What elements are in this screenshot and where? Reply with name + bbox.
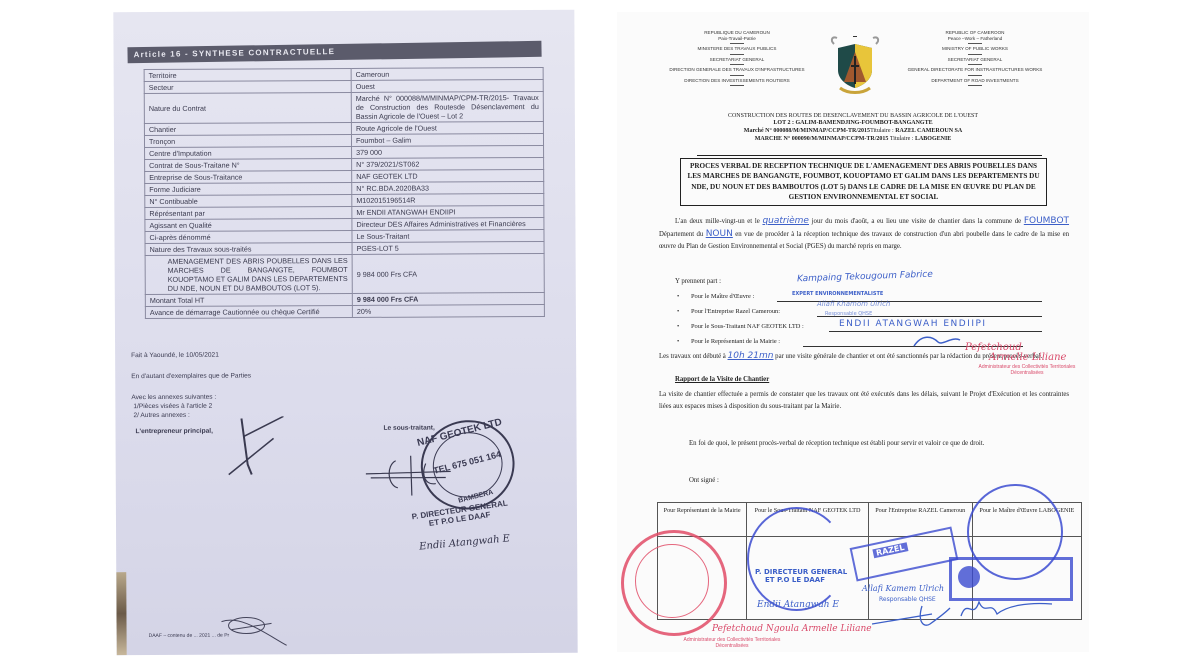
right-document-page: REPUBLIQUE DU CAMEROUN Paix-Travail-Patr… bbox=[617, 12, 1089, 652]
red-stamp-title: Administrateur des Collectivités Territo… bbox=[967, 364, 1087, 376]
participant-moe: •Pour le Maître d'Œuvre : bbox=[677, 293, 754, 301]
handwritten-name: Endii Atangwah E bbox=[419, 533, 511, 552]
row-label: Forme Judiciare bbox=[145, 182, 352, 195]
place-date: Fait à Yaoundé, le 10/05/2021 bbox=[131, 351, 219, 361]
row-label: Contrat de Sous-Traitane N° bbox=[145, 158, 352, 171]
row-value: M102015196514R bbox=[352, 193, 544, 206]
row-label: Nature des Travaux sous-traités bbox=[145, 242, 352, 255]
row-label: N° Contibuable bbox=[145, 194, 352, 207]
participant-mairie: •Pour le Représentant de la Mairie : bbox=[677, 338, 780, 346]
row-label: Territoire bbox=[144, 68, 351, 81]
row-value: Foumbot – Galim bbox=[351, 133, 543, 146]
row-value: 9 984 000 Frs CFA bbox=[352, 253, 544, 293]
left-document-page: Article 16 - SYNTHESE CONTRACTUELLE Terr… bbox=[113, 10, 577, 655]
mairie-signatory-title: Administrateur des Collectivités Territo… bbox=[672, 637, 792, 649]
row-value: 20% bbox=[352, 304, 544, 317]
coat-of-arms-icon bbox=[828, 34, 882, 96]
row-value: 379 000 bbox=[352, 145, 544, 158]
synthese-table: TerritoireCamerounSecteurOuestNature du … bbox=[144, 67, 545, 319]
header-english: REPUBLIC OF CAMEROON Peace –Work – Fathe… bbox=[900, 30, 1050, 88]
lot-title: LOT 2 : GALIM-BAMENDJING-FOUMBOT-BANGANG… bbox=[617, 120, 1089, 128]
section-header: Article 16 - SYNTHESE CONTRACTUELLE bbox=[127, 41, 541, 64]
intro-paragraph: L'an deux mille-vingt-un et le quatrième… bbox=[659, 215, 1069, 254]
row-value: Directeur DES Affaires Administratives e… bbox=[352, 217, 544, 230]
principal-signature bbox=[223, 416, 293, 476]
report-paragraph: La visite de chantier effectuée a permis… bbox=[659, 389, 1069, 413]
row-value: N° 379/2021/ST062 bbox=[352, 157, 544, 170]
background-photo-edge bbox=[116, 572, 126, 655]
table-row: Avance de démarrage Cautionnée ou chèque… bbox=[145, 304, 544, 318]
row-value: PGES-LOT 5 bbox=[352, 241, 544, 254]
marche-1: Marché N° 000088/M/MINMAP/CCPM-TR/2015Ti… bbox=[617, 128, 1089, 136]
row-label: Centre d'Imputation bbox=[145, 146, 352, 159]
annex-2: 2/ Autres annexes : bbox=[133, 411, 190, 421]
razel-role: Responsable QHSE bbox=[879, 596, 936, 603]
row-label: Agissant en Qualité bbox=[145, 218, 352, 231]
row-label: Ci-après dénommé bbox=[145, 230, 352, 243]
naf-blue-stamp bbox=[747, 507, 846, 611]
closing-paragraph: En foi de quoi, le présent procès-verbal… bbox=[659, 438, 1069, 450]
row-value: Cameroun bbox=[351, 67, 543, 80]
mairie-signature bbox=[912, 332, 962, 350]
report-title: Rapport de la Visite de Chantier bbox=[675, 374, 875, 386]
row-value: Mr ENDII ATANGWAH ENDIIPI bbox=[352, 205, 544, 218]
table-row: Nature du ContratMarché N° 000088/M/MINM… bbox=[144, 91, 543, 123]
mairie-red-stamp-inner bbox=[635, 544, 709, 618]
table-row: AMENAGEMENT DES ABRIS POUBELLES DANS LES… bbox=[145, 253, 544, 294]
row-value: Le Sous-Traitant bbox=[352, 229, 544, 242]
copies-note: En d'autant d'exemplaires que de Parties bbox=[131, 371, 251, 382]
labogenie-signature bbox=[957, 592, 1057, 622]
stamp-expert: EXPERT ENVIRONNEMENTALISTE bbox=[792, 291, 883, 297]
row-value: NAF GEOTEK LTD bbox=[352, 169, 544, 182]
row-value: N° RC.BDA.2020BA33 bbox=[352, 181, 544, 194]
razel-handwritten: Allafi Kamem Ulrich bbox=[862, 584, 944, 593]
row-value: Route Agricole de l'Ouest bbox=[351, 121, 543, 134]
signed-label: Ont signé : bbox=[689, 475, 789, 487]
pv-title-box: PROCES VERBAL DE RECEPTION TECHNIQUE DE … bbox=[680, 158, 1047, 206]
row-label: Nature du Contrat bbox=[144, 92, 351, 123]
stamp-qhse: Responsable QHSE bbox=[825, 311, 872, 317]
row-label: Secteur bbox=[144, 80, 351, 93]
naf-director-stamp: P. DIRECTEUR GENERAL ET P.O LE DAAF bbox=[755, 568, 847, 584]
mairie-signatory-name: Pefetchoud Ngoula Armelle Liliane bbox=[712, 624, 872, 634]
sig-col-razel: Pour l'Entreprise RAZEL Cameroun bbox=[868, 503, 972, 537]
footer-signature bbox=[211, 609, 291, 649]
participant-naf: •Pour le Sous-Traitant NAF GEOTEK LTD : bbox=[677, 323, 804, 331]
row-label: Montant Total HT bbox=[145, 293, 352, 306]
row-label: AMENAGEMENT DES ABRIS POUBELLES DANS LES… bbox=[145, 254, 352, 294]
row-label: Chantier bbox=[144, 122, 351, 135]
row-label: Réprésentant par bbox=[145, 206, 352, 219]
signatory-principal: L'entrepreneur principal, bbox=[135, 427, 212, 437]
row-label: Avance de démarrage Cautionnée ou chèque… bbox=[145, 305, 352, 318]
row-label: Tronçon bbox=[144, 134, 351, 147]
razel-signature bbox=[872, 604, 952, 629]
participant-razel: •Pour l'Entreprise Razel Cameroun: bbox=[677, 308, 780, 316]
signatory-subcontractor: Le sous-traitant, bbox=[383, 424, 434, 434]
red-signature-name: Armelle Liliane bbox=[989, 352, 1066, 363]
divider bbox=[697, 155, 1042, 156]
row-value: Ouest bbox=[351, 79, 543, 92]
marche-2: MARCHE N° 000090/M/MINMAP/CCPM-TR/2015 T… bbox=[617, 136, 1089, 144]
naf-handwritten: Endii Atangwah E bbox=[757, 600, 839, 610]
handwritten-naf: ENDII ATANGWAH ENDIIPI bbox=[839, 319, 987, 329]
row-value: 9 984 000 Frs CFA bbox=[352, 292, 544, 305]
row-label: Entreprise de Sous-Traitance bbox=[145, 170, 352, 183]
handwritten-razel: Allafi Khamom Ulrich bbox=[817, 300, 890, 308]
header-french: REPUBLIQUE DU CAMEROUN Paix-Travail-Patr… bbox=[662, 30, 812, 88]
row-value: Marché N° 000088/M/MINMAP/CPM-TR/2015- T… bbox=[351, 91, 543, 122]
